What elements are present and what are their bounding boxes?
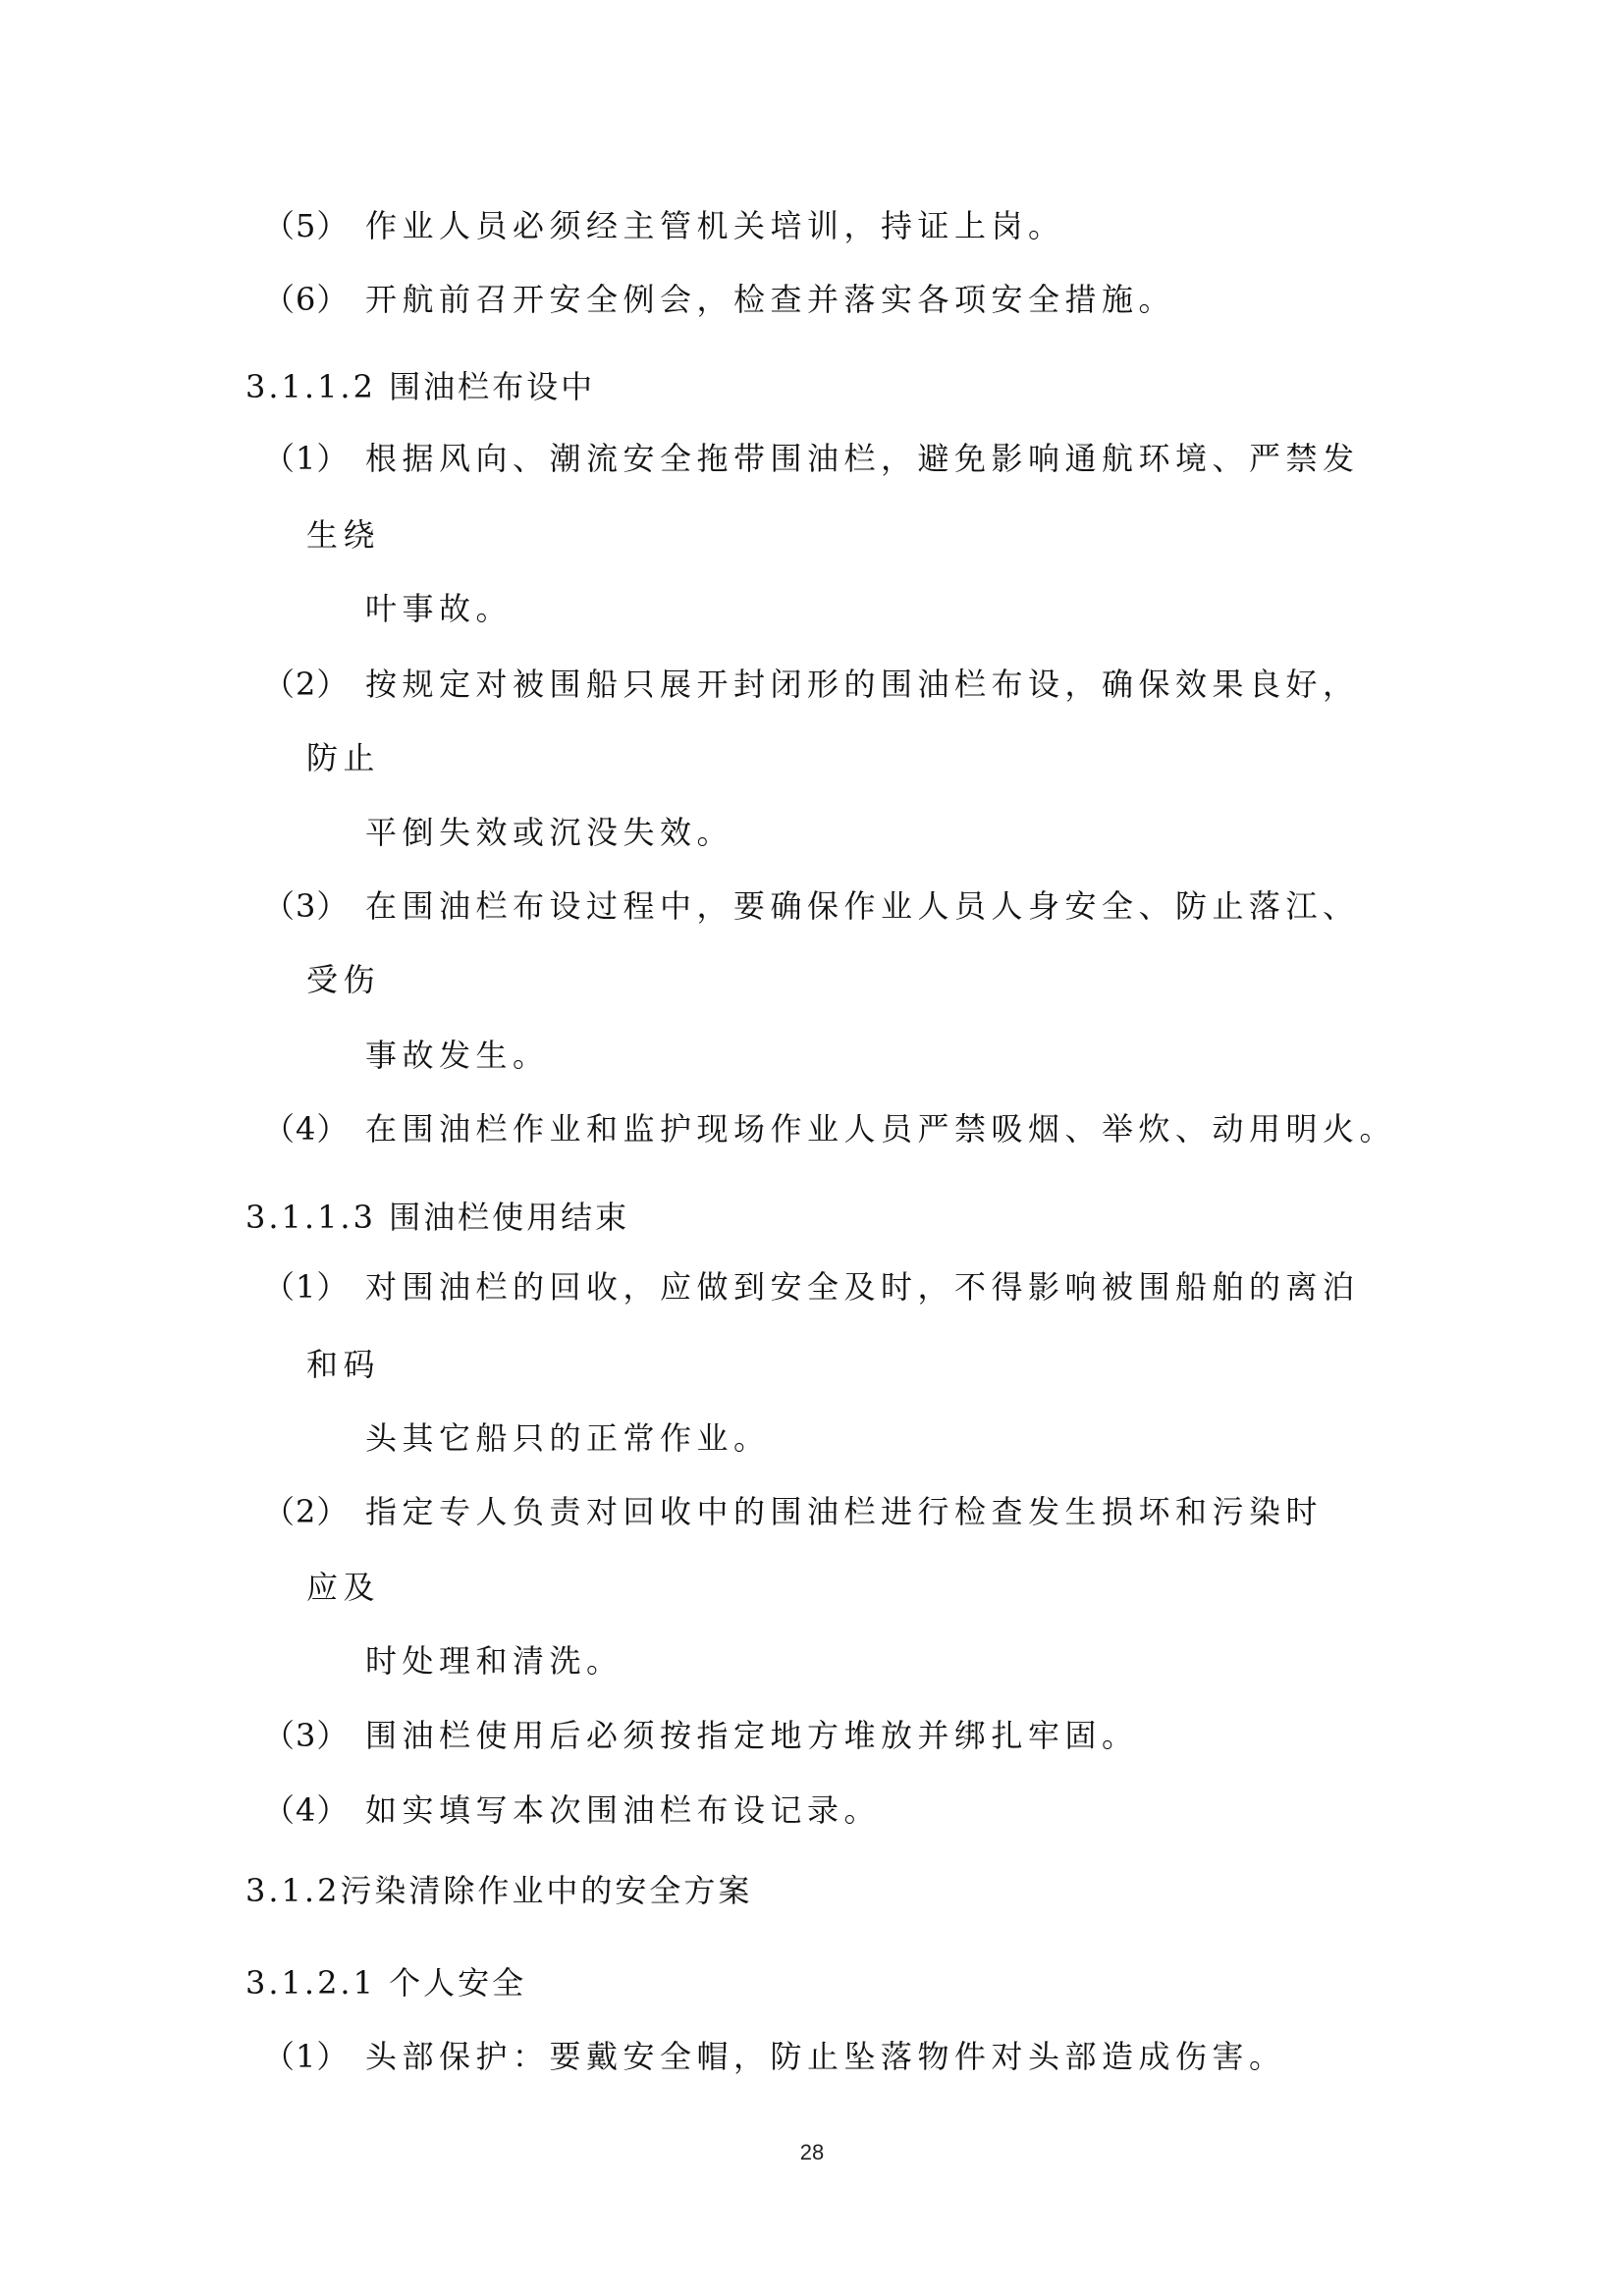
list-item-text: 作业人员必须经主管机关培训，持证上岗。 <box>365 204 1065 247</box>
list-item-text: 头部保护：要戴安全帽，防止坠落物件对头部造成伤害。 <box>365 2035 1286 2078</box>
continuation-text: 叶事故。 <box>365 587 513 630</box>
list-item-number: （1） <box>263 2035 349 2078</box>
list-item-text: 在围油栏布设过程中，要确保作业人员人身安全、防止落江、 <box>365 884 1360 928</box>
list-item-text: 开航前召开安全例会，检查并落实各项安全措施。 <box>365 278 1175 321</box>
continuation-text: 平倒失效或沉没失效。 <box>365 811 733 854</box>
continuation-text: 受伤 <box>306 958 380 1001</box>
list-item-number: （4） <box>263 1789 349 1832</box>
list-item-number: （3） <box>263 884 349 928</box>
list-item-text: 在围油栏作业和监护现场作业人员严禁吸烟、举炊、动用明火。 <box>365 1107 1396 1150</box>
list-item-number: （2） <box>263 663 349 706</box>
list-item-text: 指定专人负责对回收中的围油栏进行检查发生损坏和污染时 <box>365 1490 1323 1533</box>
section-heading-text: 3.1.2.1 个人安全 <box>245 1961 526 2004</box>
list-item-text: 围油栏使用后必须按指定地方堆放并绑扎牢固。 <box>365 1714 1139 1757</box>
continuation-text: 应及 <box>306 1566 380 1609</box>
list-item-number: （2） <box>263 1490 349 1533</box>
continuation-text: 和码 <box>306 1343 380 1386</box>
list-item-text: 对围油栏的回收，应做到安全及时，不得影响被围船舶的离泊 <box>365 1265 1360 1308</box>
list-item-number: （4） <box>263 1107 349 1150</box>
list-item-text: 根据风向、潮流安全拖带围油栏，避免影响通航环境、严禁发 <box>365 437 1360 480</box>
list-item-number: （1） <box>263 437 349 480</box>
section-heading-text: 3.1.2污染清除作业中的安全方案 <box>245 1869 752 1912</box>
page-number: 28 <box>0 2140 1624 2165</box>
list-item-number: （1） <box>263 1265 349 1308</box>
list-item-text: 按规定对被围船只展开封闭形的围油栏布设，确保效果良好， <box>365 663 1360 706</box>
continuation-text: 生绕 <box>306 513 380 557</box>
section-heading-text: 3.1.1.3 围油栏使用结束 <box>245 1196 629 1239</box>
continuation-text: 事故发生。 <box>365 1034 550 1077</box>
list-item-number: （3） <box>263 1714 349 1757</box>
continuation-text: 头其它船只的正常作业。 <box>365 1416 771 1460</box>
continuation-text: 防止 <box>306 736 380 779</box>
continuation-text: 时处理和清洗。 <box>365 1639 623 1682</box>
section-heading-text: 3.1.1.2 围油栏布设中 <box>245 365 595 408</box>
list-item-text: 如实填写本次围油栏布设记录。 <box>365 1789 881 1832</box>
list-item-number: （5） <box>263 204 349 247</box>
list-item-number: （6） <box>263 278 349 321</box>
